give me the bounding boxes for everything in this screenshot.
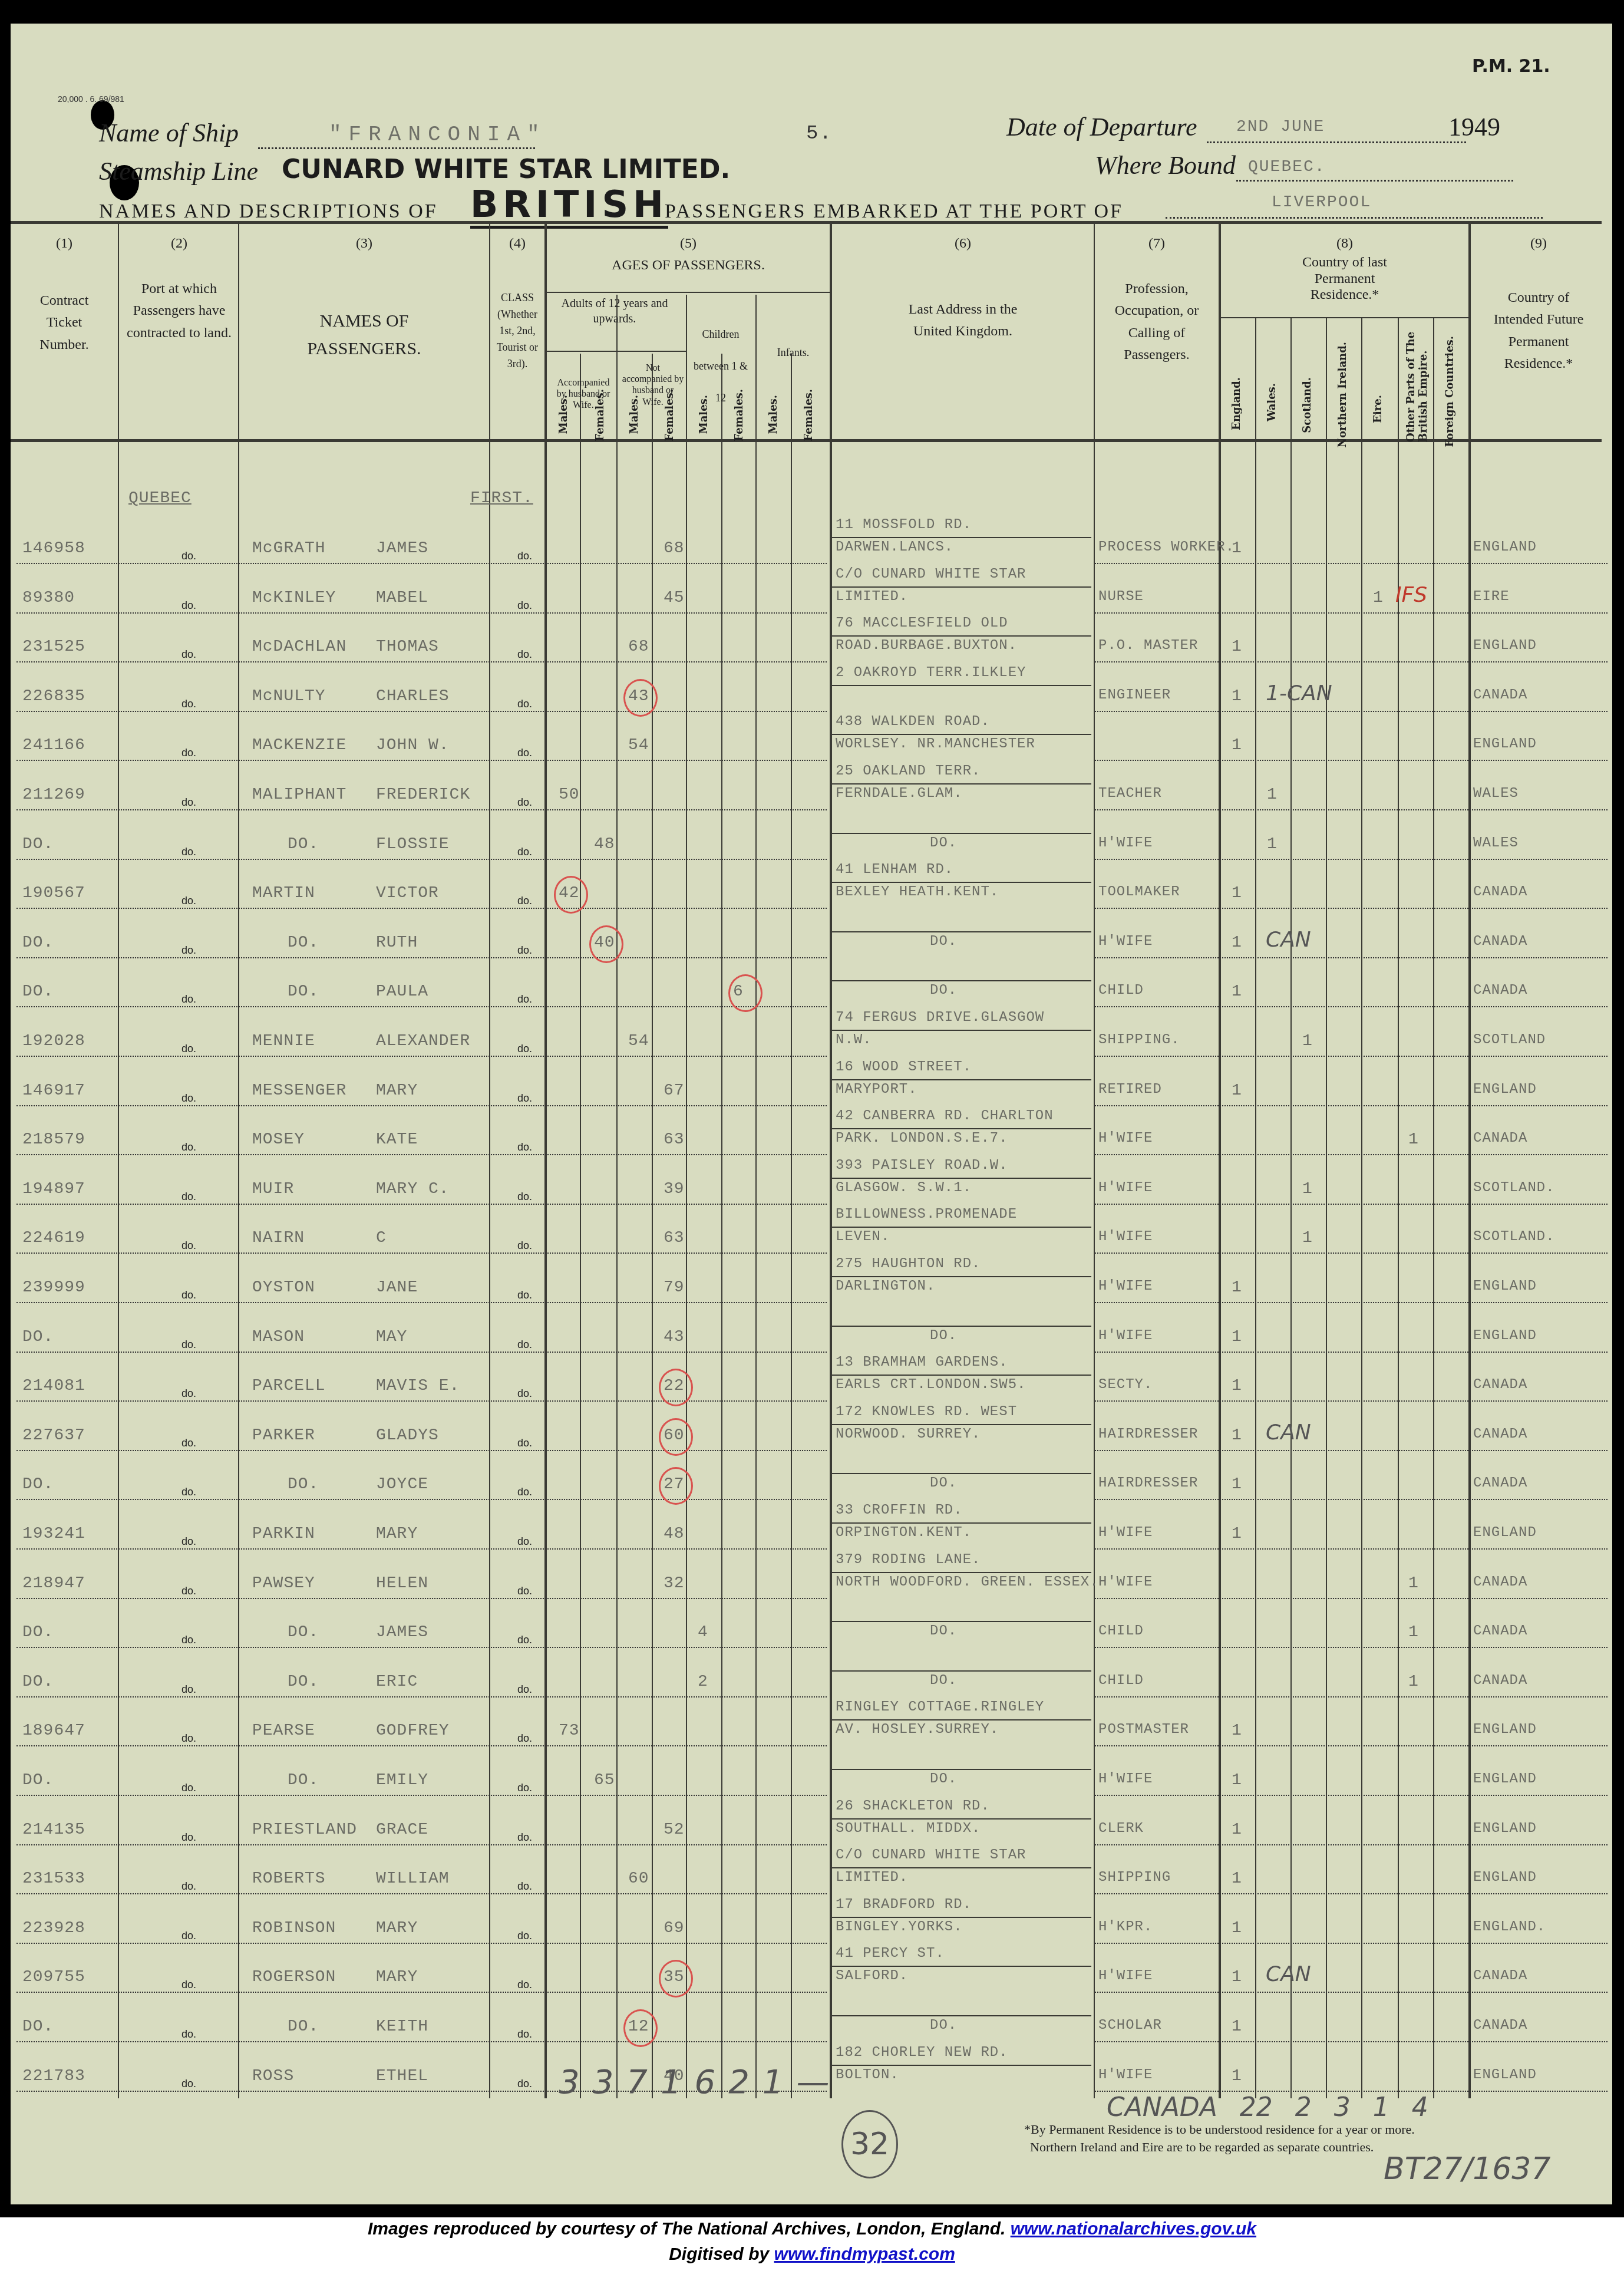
sub-males: Males. xyxy=(698,395,710,434)
row-rule xyxy=(1095,1352,1608,1353)
port-ditto: do. xyxy=(181,1585,196,1597)
occupation: TEACHER xyxy=(1098,786,1162,802)
passenger-given-name: MAVIS E. xyxy=(376,1377,460,1395)
residence-mark: 1 xyxy=(1232,1475,1242,1494)
address-line2: WORLSEY. NR.MANCHESTER xyxy=(836,736,1035,752)
address-line2: GLASGOW. S.W.1. xyxy=(836,1180,972,1196)
address-underline xyxy=(832,2015,1091,2016)
residence-mark: 1 xyxy=(1373,589,1384,607)
res-wales: Wales. xyxy=(1266,383,1278,421)
national-archives-link[interactable]: www.nationalarchives.gov.uk xyxy=(1011,2219,1256,2239)
class-ditto: do. xyxy=(517,1782,532,1794)
margin-note: CAN xyxy=(1266,928,1311,952)
row-rule xyxy=(1095,1696,1608,1698)
passenger-given-name: WILLIAM xyxy=(376,1870,450,1888)
port-ditto: do. xyxy=(181,1880,196,1893)
row-rule xyxy=(16,1598,827,1599)
row-rule xyxy=(1095,563,1608,564)
residence-mark: 1 xyxy=(1232,1082,1242,1100)
port-ditto: do. xyxy=(181,1831,196,1844)
residence-mark: 1 xyxy=(1232,983,1242,1001)
residence-mark: 1 xyxy=(1302,1032,1313,1050)
port-ditto: do. xyxy=(181,895,196,907)
occupation: H'WIFE xyxy=(1098,1525,1153,1541)
sub-males: Males. xyxy=(767,395,780,434)
ticket-number: DO. xyxy=(22,983,54,1001)
passenger-age: 4 xyxy=(698,1623,708,1642)
passenger-surname: ROBINSON xyxy=(252,1919,336,1937)
residence-mark: 1 xyxy=(1232,1968,1242,1986)
future-residence: CANADA xyxy=(1473,1673,1527,1689)
passenger-given-name: MARY xyxy=(376,1525,418,1543)
address-line2: DO. xyxy=(930,934,957,950)
credit-line1: Images reproduced by courtesy of The Nat… xyxy=(0,2219,1624,2239)
ticket-number: 218579 xyxy=(22,1130,85,1149)
future-residence: ENGLAND xyxy=(1473,1328,1537,1344)
passenger-surname: DO. xyxy=(288,2018,319,2036)
residence-mark: 1 xyxy=(1232,736,1242,754)
occupation: H'WIFE xyxy=(1098,1328,1153,1344)
class-ditto: do. xyxy=(517,1240,532,1252)
address-underline xyxy=(832,1769,1091,1770)
address-underline xyxy=(832,1621,1091,1622)
ticket-number: DO. xyxy=(22,1623,54,1642)
port-ditto: do. xyxy=(181,747,196,759)
occupation: CHILD xyxy=(1098,983,1144,998)
passenger-age: 2 xyxy=(698,1673,708,1691)
address-line2: DO. xyxy=(930,1771,957,1787)
address-line2: DO. xyxy=(930,983,957,998)
port-ditto: do. xyxy=(181,1782,196,1794)
address-line1: 33 CROFFIN RD. xyxy=(836,1502,963,1518)
col7-label: Profession, Occupation, or Calling of Pa… xyxy=(1095,278,1219,366)
residence-mark: 1 xyxy=(1302,1180,1313,1198)
future-residence: CANADA xyxy=(1473,1130,1527,1146)
col9-label: Country of Intended Future Permanent Res… xyxy=(1471,287,1606,375)
passenger-surname: PRIESTLAND xyxy=(252,1821,357,1839)
total-dash: — xyxy=(796,2063,842,2101)
row-rule xyxy=(16,1352,827,1353)
class-ditto: do. xyxy=(517,1043,532,1055)
row-rule xyxy=(1095,1056,1608,1057)
passenger-given-name: FREDERICK xyxy=(376,786,470,804)
col8-num: (8) xyxy=(1221,233,1468,255)
row-rule xyxy=(1095,1204,1608,1205)
passenger-age: 68 xyxy=(664,539,685,558)
future-residence: ENGLAND xyxy=(1473,2067,1537,2083)
passenger-surname: PEARSE xyxy=(252,1722,315,1740)
class-ditto: do. xyxy=(517,1535,532,1548)
occupation: HAIRDRESSER xyxy=(1098,1426,1198,1442)
total-adult-acc-males: 3 xyxy=(559,2063,593,2101)
row-rule xyxy=(16,957,827,958)
address-line1: 2 OAKROYD TERR.ILKLEY xyxy=(836,665,1026,681)
row-rule xyxy=(1095,2091,1608,2092)
occupation: CLERK xyxy=(1098,1821,1144,1837)
address-line2: SALFORD. xyxy=(836,1968,908,1984)
col4-num: (4) xyxy=(490,233,544,255)
ticket-number: 209755 xyxy=(22,1968,85,1986)
class-ditto: do. xyxy=(517,599,532,612)
col6-num: (6) xyxy=(832,233,1094,255)
passenger-surname: McKINLEY xyxy=(252,589,336,607)
section-class: FIRST. xyxy=(470,489,533,507)
occupation: POSTMASTER xyxy=(1098,1722,1189,1738)
class-ditto: do. xyxy=(517,1979,532,1991)
port-ditto: do. xyxy=(181,1732,196,1745)
address-underline xyxy=(832,635,1091,637)
future-residence: ENGLAND xyxy=(1473,1771,1537,1787)
class-ditto: do. xyxy=(517,1683,532,1696)
residence-mark: 1 xyxy=(1408,1130,1419,1149)
col5-num: (5) xyxy=(547,233,830,255)
class-ditto: do. xyxy=(517,2078,532,2090)
col-divider xyxy=(544,224,547,2098)
port-ditto: do. xyxy=(181,796,196,809)
address-underline xyxy=(832,980,1091,981)
residence-mark: 1 xyxy=(1232,1426,1242,1445)
class-ditto: do. xyxy=(517,747,532,759)
passenger-age: 39 xyxy=(664,1180,685,1198)
res-northern-ireland: Northern Ireland. xyxy=(1336,342,1349,447)
residence-mark: 1 xyxy=(1232,1377,1242,1395)
residence-mark: 1 xyxy=(1232,1722,1242,1740)
credit-text: Digitised by xyxy=(669,2244,769,2264)
residence-mark: 1 xyxy=(1232,884,1242,902)
table-top-rule xyxy=(11,221,1602,224)
address-underline xyxy=(832,1424,1091,1425)
residence-mark: 1 xyxy=(1232,539,1242,558)
ticket-number: DO. xyxy=(22,934,54,952)
address-line1: 438 WALKDEN ROAD. xyxy=(836,714,990,730)
passenger-surname: OYSTON xyxy=(252,1278,315,1297)
address-line2: LEVEN. xyxy=(836,1229,890,1245)
address-line2: SOUTHALL. MIDDX. xyxy=(836,1821,981,1837)
col-divider xyxy=(1219,224,1221,2098)
findmypast-link[interactable]: www.findmypast.com xyxy=(774,2244,955,2264)
passenger-given-name: FLOSSIE xyxy=(376,835,450,853)
passenger-age: 48 xyxy=(594,835,615,853)
passenger-age: 45 xyxy=(664,589,685,607)
ticket-number: 221783 xyxy=(22,2067,85,2085)
passenger-surname: MOSEY xyxy=(252,1130,305,1149)
passenger-given-name: KEITH xyxy=(376,2018,428,2036)
address-underline xyxy=(832,1473,1091,1474)
address-underline xyxy=(832,1227,1091,1228)
row-rule xyxy=(1095,1893,1608,1894)
margin-note: IFS xyxy=(1395,583,1427,607)
passenger-age: 54 xyxy=(628,1032,649,1050)
residence-mark: 1 xyxy=(1232,2018,1242,2036)
row-rule xyxy=(1095,1992,1608,1993)
row-rule xyxy=(16,1450,827,1451)
residence-mark: 1 xyxy=(1232,1771,1242,1789)
row-rule xyxy=(16,1154,827,1155)
port-ditto: do. xyxy=(181,550,196,562)
port-ditto: do. xyxy=(181,2078,196,2090)
port-ditto: do. xyxy=(181,944,196,957)
port-ditto: do. xyxy=(181,1437,196,1449)
passenger-given-name: RUTH xyxy=(376,934,418,952)
occupation: CHILD xyxy=(1098,1623,1144,1639)
col-divider xyxy=(1468,224,1471,2098)
row-rule xyxy=(1095,760,1608,761)
departure-date: 2ND JUNE xyxy=(1236,118,1325,136)
col3-label: NAMES OF PASSENGERS. xyxy=(240,308,488,362)
port-ditto: do. xyxy=(181,2028,196,2041)
col-divider xyxy=(686,295,687,2098)
port-ditto: do. xyxy=(181,993,196,1006)
row-rule xyxy=(1095,908,1608,909)
row-rule xyxy=(1095,612,1608,614)
footnote-line2: Northern Ireland and Eire are to be rega… xyxy=(1030,2140,1374,2155)
address-line2: BOLTON. xyxy=(836,2067,899,2083)
address-line1: 26 SHACKLETON RD. xyxy=(836,1798,990,1814)
port-ditto: do. xyxy=(181,1387,196,1400)
class-ditto: do. xyxy=(517,1437,532,1449)
age-circle-mark xyxy=(589,925,623,963)
address-line1: 76 MACCLESFIELD OLD xyxy=(836,615,1008,631)
future-residence: ENGLAND xyxy=(1473,1722,1537,1738)
passenger-given-name: KATE xyxy=(376,1130,418,1149)
passenger-surname: MACKENZIE xyxy=(252,736,346,754)
future-residence: SCOTLAND xyxy=(1473,1032,1546,1048)
ticket-number: 193241 xyxy=(22,1525,85,1543)
class-ditto: do. xyxy=(517,1141,532,1153)
address-line2: AV. HOSLEY.SURREY. xyxy=(836,1722,999,1738)
col1-label: Contract Ticket Number. xyxy=(11,290,118,356)
passenger-age: 48 xyxy=(664,1525,685,1543)
passenger-surname: ROSS xyxy=(252,2067,294,2085)
manifest-page: 20,000 . 6. 69/981 P.M. 21. Name of Ship… xyxy=(11,24,1612,2204)
address-line1: 172 KNOWLES RD. WEST xyxy=(836,1404,1017,1420)
residence-mark: 1 xyxy=(1408,1623,1419,1642)
passenger-given-name: JOHN W. xyxy=(376,736,450,754)
class-ditto: do. xyxy=(517,1486,532,1498)
bound-label: Where Bound xyxy=(1095,150,1236,180)
address-underline xyxy=(832,1276,1091,1277)
passenger-surname: DO. xyxy=(288,1623,319,1642)
col-divider xyxy=(1255,318,1256,2098)
passenger-surname: PARKIN xyxy=(252,1525,315,1543)
occupation: H'WIFE xyxy=(1098,934,1153,950)
passenger-surname: MASON xyxy=(252,1328,305,1346)
address-line2: EARLS CRT.LONDON.SW5. xyxy=(836,1377,1026,1393)
address-line2: LIMITED. xyxy=(836,1870,908,1886)
ticket-number: 146958 xyxy=(22,539,85,558)
port-ditto: do. xyxy=(181,1535,196,1548)
passenger-given-name: EMILY xyxy=(376,1771,428,1789)
address-underline xyxy=(832,1917,1091,1918)
passenger-given-name: JAMES xyxy=(376,1623,428,1642)
address-underline xyxy=(832,537,1091,538)
passenger-given-name: JANE xyxy=(376,1278,418,1297)
passenger-age: 54 xyxy=(628,736,649,754)
col-divider xyxy=(1290,318,1292,2098)
line-label: Steamship Line xyxy=(99,156,258,186)
class-ditto: do. xyxy=(517,1289,532,1301)
residence-subrule xyxy=(1221,317,1468,318)
address-line2: BEXLEY HEATH.KENT. xyxy=(836,884,999,900)
address-underline xyxy=(832,1572,1091,1573)
address-line1: 13 BRAMHAM GARDENS. xyxy=(836,1354,1008,1370)
ship-dotline xyxy=(258,147,535,149)
class-ditto: do. xyxy=(517,993,532,1006)
row-rule xyxy=(1095,1795,1608,1796)
col8-label: Country of last Permanent Residence.* xyxy=(1221,255,1468,304)
margin-note: CAN xyxy=(1266,1962,1311,1986)
address-underline xyxy=(832,783,1091,785)
occupation: HAIRDRESSER xyxy=(1098,1475,1198,1491)
port-ditto: do. xyxy=(181,1979,196,1991)
passenger-age: 79 xyxy=(664,1278,685,1297)
passenger-surname: McGRATH xyxy=(252,539,326,558)
row-rule xyxy=(16,1844,827,1845)
row-rule xyxy=(1095,711,1608,712)
page-number: 5. xyxy=(806,123,833,145)
address-line1: 275 HAUGHTON RD. xyxy=(836,1256,981,1272)
port-ditto: do. xyxy=(181,1289,196,1301)
row-rule xyxy=(1095,1647,1608,1648)
port-ditto: do. xyxy=(181,1141,196,1153)
residence-mark: 1 xyxy=(1408,1574,1419,1593)
address-line1: 41 PERCY ST. xyxy=(836,1946,945,1962)
row-rule xyxy=(1095,1154,1608,1155)
residence-mark: 1 xyxy=(1232,1919,1242,1937)
residence-mark: 1 xyxy=(1232,2067,1242,2085)
passenger-surname: McNULTY xyxy=(252,687,326,706)
col-divider xyxy=(118,224,119,2098)
port-dotline xyxy=(1166,217,1543,219)
passenger-age: 50 xyxy=(559,786,580,804)
address-underline xyxy=(832,931,1091,932)
class-ditto: do. xyxy=(517,796,532,809)
sub-females: Females. xyxy=(664,389,676,441)
row-rule xyxy=(16,1499,827,1500)
port-ditto: do. xyxy=(181,599,196,612)
sub-females: Females. xyxy=(594,389,606,441)
row-rule xyxy=(1095,809,1608,810)
row-rule xyxy=(1095,1499,1608,1500)
future-residence: EIRE xyxy=(1473,589,1510,605)
col-divider xyxy=(1326,318,1327,2098)
passenger-surname: PAWSEY xyxy=(252,1574,315,1593)
total-adult-notacc-females: 16 xyxy=(661,2063,728,2101)
passenger-given-name: MARY C. xyxy=(376,1180,450,1198)
total-children-males: 2 xyxy=(728,2063,763,2101)
passenger-given-name: ETHEL xyxy=(376,2067,428,2085)
address-line2: PARK. LONDON.S.E.7. xyxy=(836,1130,1008,1146)
total-adult-notacc-males: 7 xyxy=(626,2063,661,2101)
residence-mark: 1 xyxy=(1232,1328,1242,1346)
row-rule xyxy=(1095,957,1608,958)
address-line1: 182 CHORLEY NEW RD. xyxy=(836,2045,1008,2061)
ticket-number: 190567 xyxy=(22,884,85,902)
ticket-number: 218947 xyxy=(22,1574,85,1593)
row-rule xyxy=(1095,1745,1608,1746)
ticket-number: 189647 xyxy=(22,1722,85,1740)
class-ditto: do. xyxy=(517,1880,532,1893)
row-rule xyxy=(16,1548,827,1550)
address-underline xyxy=(832,1178,1091,1179)
row-rule xyxy=(16,1204,827,1205)
col-divider xyxy=(755,295,757,2098)
address-line1: 17 BRADFORD RD. xyxy=(836,1897,972,1913)
row-rule xyxy=(1095,1844,1608,1845)
col3-num: (3) xyxy=(240,233,488,255)
col1-header: (1) Contract Ticket Number. xyxy=(11,233,118,356)
residence-mark: 1 xyxy=(1267,786,1278,804)
canada-tally: CANADA 22 2 3 1 4 xyxy=(1107,2092,1428,2122)
age-circle-mark xyxy=(728,974,763,1012)
address-underline xyxy=(832,1079,1091,1080)
row-rule xyxy=(1095,1302,1608,1303)
margin-note: 1-CAN xyxy=(1266,681,1332,706)
row-rule xyxy=(16,908,827,909)
passenger-age: 69 xyxy=(664,1919,685,1937)
row-rule xyxy=(1095,1400,1608,1402)
occupation: RETIRED xyxy=(1098,1082,1162,1097)
sub-females: Females. xyxy=(803,389,815,441)
ticket-number: DO. xyxy=(22,1328,54,1346)
occupation: SHIPPING. xyxy=(1098,1032,1180,1048)
page-circle-annotation: 32 xyxy=(841,2110,898,2178)
future-residence: CANADA xyxy=(1473,1574,1527,1590)
address-line1: C/O CUNARD WHITE STAR xyxy=(836,566,1026,582)
address-line2: NORWOOD. SURREY. xyxy=(836,1426,981,1442)
passenger-surname: NAIRN xyxy=(252,1229,305,1247)
row-rule xyxy=(16,1992,827,1993)
address-underline xyxy=(832,1670,1091,1672)
age-circle-mark xyxy=(659,1467,693,1505)
future-residence: SCOTLAND. xyxy=(1473,1180,1555,1196)
future-residence: CANADA xyxy=(1473,1968,1527,1984)
footnote-line1: *By Permanent Residence is to be underst… xyxy=(1024,2122,1415,2137)
row-rule xyxy=(16,1943,827,1944)
future-residence: ENGLAND xyxy=(1473,1525,1537,1541)
ticket-number: 227637 xyxy=(22,1426,85,1445)
class-ditto: do. xyxy=(517,846,532,858)
age-circle-mark xyxy=(554,876,588,914)
row-rule xyxy=(16,1252,827,1254)
row-rule xyxy=(16,563,827,564)
future-residence: ENGLAND xyxy=(1473,638,1537,654)
passenger-given-name: C xyxy=(376,1229,387,1247)
col2-num: (2) xyxy=(120,233,238,255)
address-line2: NORTH WOODFORD. GREEN. ESSEX. xyxy=(836,1574,1099,1590)
class-ditto: do. xyxy=(517,1831,532,1844)
port-value: LIVERPOOL xyxy=(1272,193,1371,212)
col-divider xyxy=(721,354,722,2098)
row-rule xyxy=(1095,1006,1608,1007)
col4-label: CLASS (Whether 1st, 2nd, Tourist or 3rd)… xyxy=(490,290,544,372)
departure-dotline xyxy=(1207,141,1466,143)
class-ditto: do. xyxy=(517,1585,532,1597)
passenger-age: 63 xyxy=(664,1130,685,1149)
col1-num: (1) xyxy=(11,233,118,255)
age-circle-mark xyxy=(623,679,658,717)
class-ditto: do. xyxy=(517,1634,532,1646)
total-children-females: 1 xyxy=(763,2063,797,2101)
port-ditto: do. xyxy=(181,1240,196,1252)
passenger-given-name: ALEXANDER xyxy=(376,1032,470,1050)
departure-label: Date of Departure xyxy=(1006,112,1197,142)
row-rule xyxy=(16,760,827,761)
port-ditto: do. xyxy=(181,1191,196,1203)
address-line2: N.W. xyxy=(836,1032,872,1048)
class-ditto: do. xyxy=(517,648,532,661)
address-line1: 42 CANBERRA RD. CHARLTON xyxy=(836,1108,1054,1124)
